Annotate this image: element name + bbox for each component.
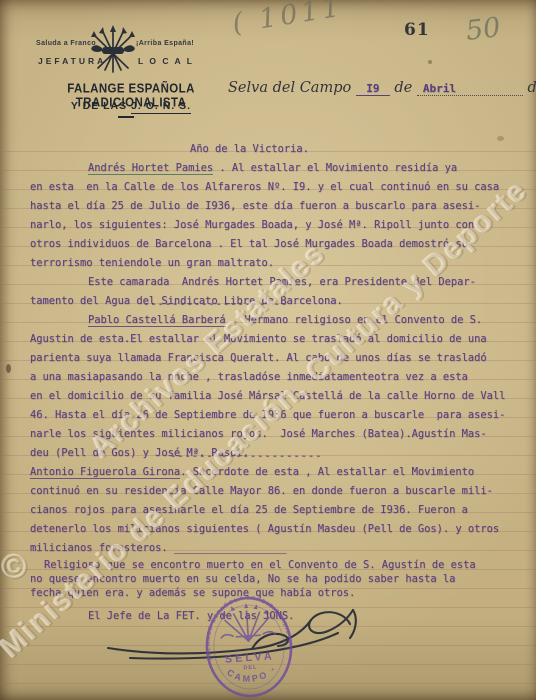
scanned-document-page: Saluda a Franco JEFATURA ¡Arriba España!… [0,0,536,700]
typewriter-line: Andrés Hortet Pamies . Al estallar el Mo… [30,159,526,178]
dateline-de2: de 19 [523,80,536,96]
org-line2-jons: J. O. N. S. [131,100,191,114]
typewriter-line: otros individuos de Barcelona . El tal J… [30,235,526,254]
typewriter-line: cianos rojos para asesinarle el día 25 d… [30,501,526,520]
typewriter-line: en el domicilio de su familia José Mársa… [30,387,526,406]
dateline-place: Selva del Campo [228,80,356,96]
typewriter-line: Año de la Victoria. [30,140,526,159]
pencil-number-annotation: ( 1011 [230,0,345,40]
salute-right-label: ¡Arriba España! [136,40,194,47]
dateline-de1: de [390,80,417,96]
typewriter-line: milicianos forasteros. _________________… [30,539,526,558]
typewriter-line: continuó en su residencia Calle Mayor 86… [30,482,526,501]
stamp-ring-text: FALANGE ESPAÑOLA TRADICIONALISTA Y DE LA… [193,591,293,661]
typewriter-line: en esta en la Calle de los Alfareros Nº.… [30,178,526,197]
org-line2-prefix: Y DE LAS [71,100,131,112]
typewriter-line: parienta suya llamada Francisca Queralt.… [30,349,526,368]
yoke-and-arrows-icon [88,22,138,80]
stamp-arrows-icon [220,609,276,643]
org-name-line2: Y DE LAS J. O. N. S. [28,100,234,112]
typewriter-line: Religioso que se encontro muerto en el C… [30,558,526,572]
typewriter-line: narlo, los siguientes: José Murgades Boa… [30,216,526,235]
paper-speck [428,60,432,64]
typewriter-line: narle los siguientes milicianos rojos. J… [30,425,526,444]
typewriter-line: a una masiapasando la noche , trasladóse… [30,368,526,387]
typewriter-line: Este camarada Andrés Hortet Pamies, era … [30,273,526,292]
pencil-folio-number: 50 [464,12,502,47]
dateline-month: Abril [417,82,523,96]
dateline-day: I9 [356,82,390,96]
typewriter-line: Pablo Castellá Barberá . Hermano religio… [30,311,526,330]
page-number: 61 [404,20,430,40]
typewriter-line: Agustin de esta.El estallar el Movimient… [30,330,526,349]
typewriter-line: 46. Hasta el día 26 de Septiembre de I93… [30,406,526,425]
typewriter-line: no quese encontro muerto en su celda, No… [30,572,526,586]
typewriter-line: Antonio Figuerola Girona. Sacerdote de e… [30,463,526,482]
stamp-place-line2: DEL [243,664,257,671]
typewriter-line: terrorismo teniendole un gran maltrato. [30,254,526,273]
org-underline-dash [118,116,134,118]
paper-speck [6,364,11,373]
typewriter-line: hasta el día 25 de Julio de I936, este d… [30,197,526,216]
official-stamp: FALANGE ESPAÑOLA TRADICIONALISTA Y DE LA… [193,591,306,700]
copyright-icon: © [0,546,30,589]
stamp-place-line1: SELVA [224,650,275,665]
typewriter-line: detenerlo los milicianos siguientes ( Ag… [30,520,526,539]
body-lines: Año de la Victoria.Andrés Hortet Pamies … [30,140,526,626]
dateline: Selva del Campo I9 de Abril de 19 39 [228,80,536,96]
local-label: L O C A L [138,56,194,66]
